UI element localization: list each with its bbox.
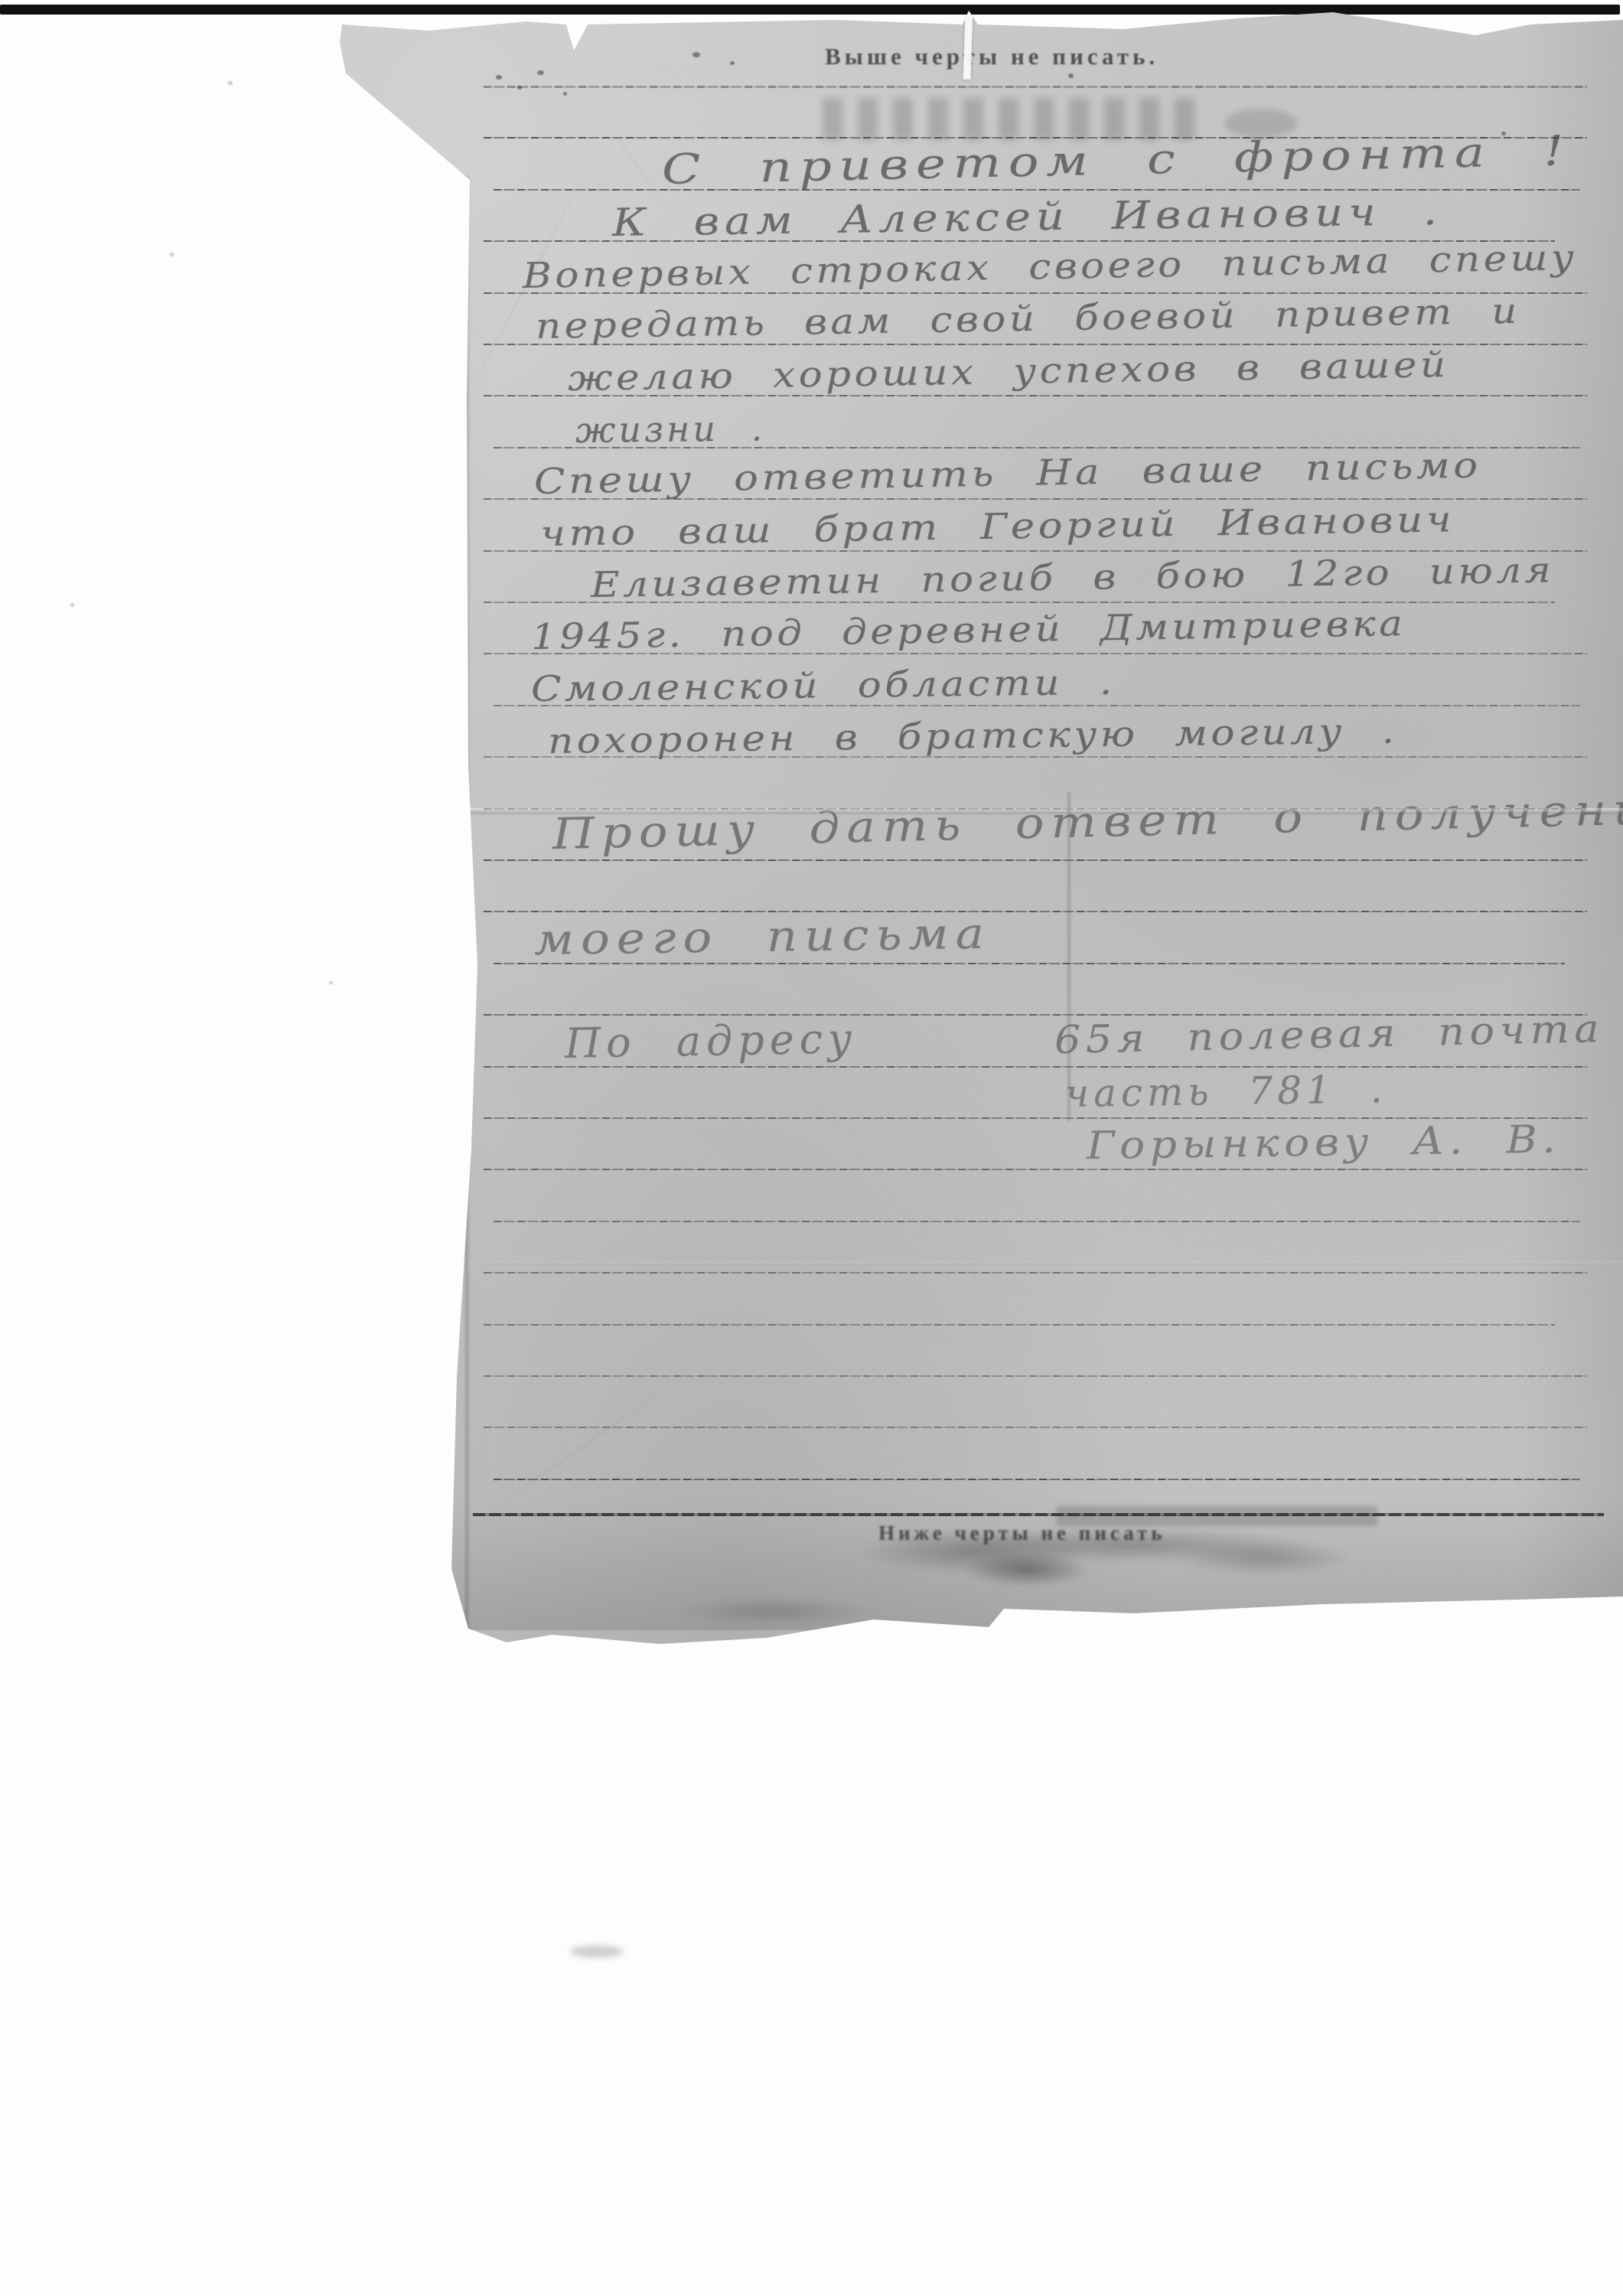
ruled-line [484, 859, 1587, 861]
handwritten-line-4: передать вам свой боевой привет и [536, 290, 1521, 347]
handwritten-line-signature: Горынкову А. В. [1087, 1117, 1561, 1168]
background-speck [228, 81, 233, 85]
ruled-line [484, 1375, 1587, 1377]
paper-speck [537, 70, 544, 75]
paper-speck [693, 52, 700, 57]
handwritten-line-addressee: К вам Алексей Иванович . [612, 189, 1443, 245]
handwritten-line-unit: часть 781 . [1065, 1067, 1387, 1116]
paper-speck [1068, 73, 1074, 78]
scanner-edge-bar [0, 5, 1620, 15]
handwritten-line-3: Вопервых строках своего письма спешу [523, 236, 1578, 296]
ruled-line [494, 1221, 1580, 1222]
handwritten-line-12: похоронен в братскую могилу . [548, 709, 1398, 762]
paper-speck [517, 86, 522, 90]
paper-speck [730, 61, 735, 65]
background-speck [329, 981, 333, 984]
ruled-line [484, 1324, 1555, 1326]
handwritten-line-5: желаю хороших успехов в вашей [568, 344, 1449, 399]
faint-stamp-smudge-top [823, 98, 1205, 140]
ruled-line [484, 1272, 1587, 1274]
printed-header-rule [484, 86, 1587, 88]
handwritten-line-address-label: По адресу [564, 1014, 857, 1068]
paper-speck [496, 75, 502, 80]
handwritten-line-13: Прошу дать ответ о получении [552, 784, 1623, 859]
background-smear [570, 1945, 624, 1958]
horizontal-fold-crease [458, 808, 1623, 815]
handwritten-line-14: моего письма [534, 909, 992, 965]
paper-speck [1501, 132, 1506, 135]
ruled-line [484, 911, 1587, 912]
background-speck [70, 603, 74, 607]
letter-paper: Выше черты не писать. С приветом с фронт… [0, 0, 1623, 1653]
ruled-line [494, 1479, 1580, 1480]
printed-footer-note: Ниже черты не писать [878, 1521, 1166, 1545]
handwritten-line-greeting: С приветом с фронта ! [661, 126, 1572, 194]
paper-bottom-shading [451, 1496, 1623, 1630]
handwritten-line-10: 1945г. под деревней Дмитриевка [531, 602, 1406, 657]
vertical-fold-crease [1067, 792, 1071, 1121]
horizontal-fold-crease-lower [490, 1261, 1623, 1266]
printed-footer-rule [473, 1513, 1604, 1516]
handwritten-line-9: Елизаветин погиб в бою 12го июля [591, 549, 1555, 605]
paper-left-edge-shadow [465, 176, 471, 1630]
handwritten-line-11: Смоленской области . [531, 661, 1116, 709]
background-speck [170, 253, 174, 256]
ruled-line [484, 1427, 1587, 1428]
scanned-letter-page: Выше черты не писать. С приветом с фронт… [0, 0, 1623, 2296]
handwritten-line-8: что ваш брат Георгий Иванович [540, 498, 1455, 554]
handwritten-line-7: Спешу ответить На ваше письмо [534, 444, 1482, 502]
handwritten-line-6: жизни . [575, 407, 766, 451]
ruled-line [484, 1169, 1587, 1170]
printed-header-note: Выше черты не писать. [825, 43, 1159, 70]
paper-speck [563, 92, 567, 96]
